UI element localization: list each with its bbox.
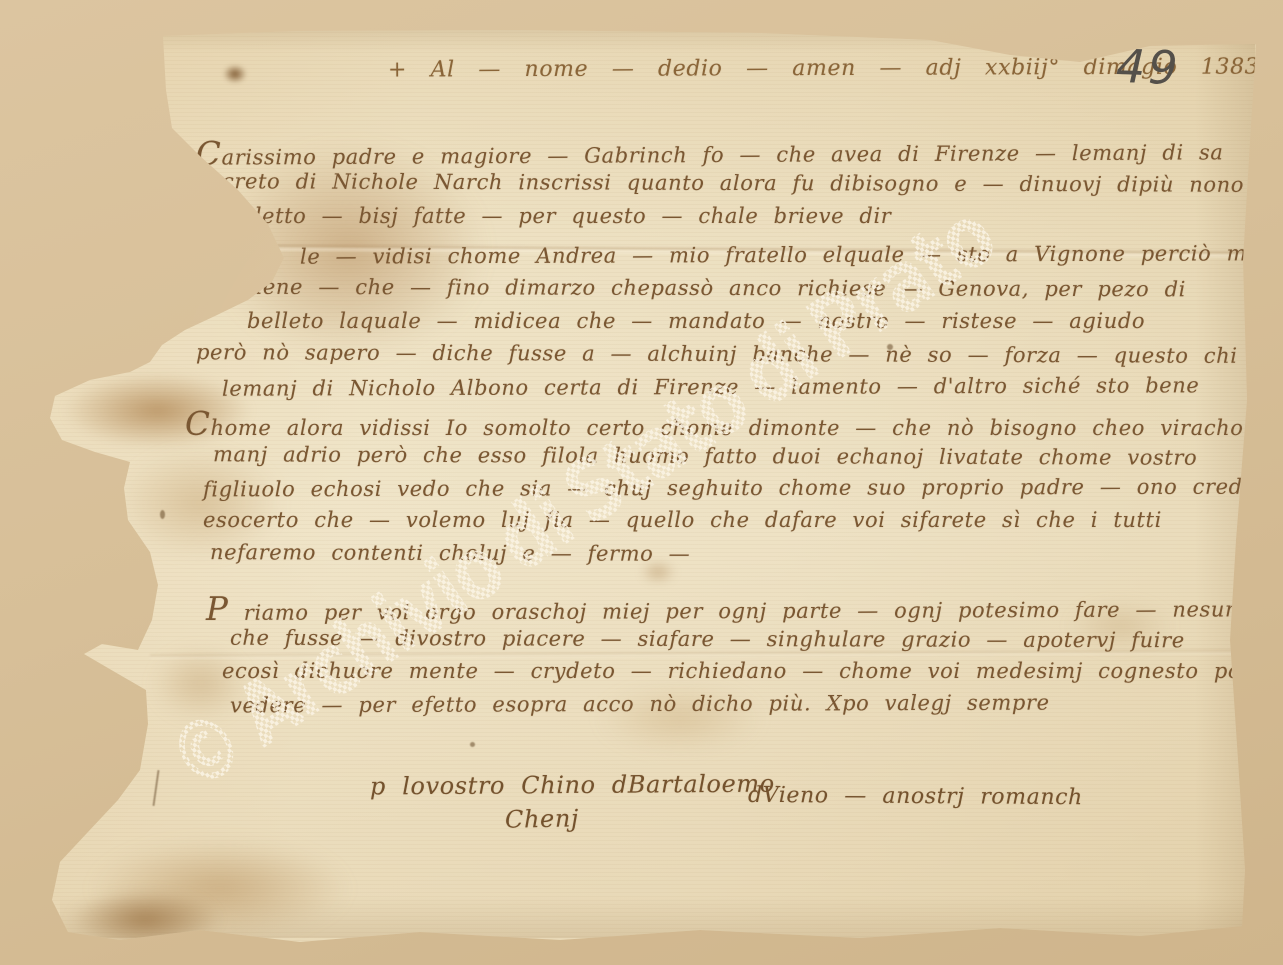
paper-crack	[153, 770, 160, 806]
manuscript-line: lemanj di Nicholo Albono certa di Firenz…	[222, 372, 1200, 401]
ink-speck	[470, 742, 475, 747]
manuscript-line: detto — bisj fatte — per questo — chale …	[248, 203, 891, 229]
manuscript-line: ecosì dichuore mente — crydeto — richied…	[222, 658, 1283, 684]
manuscript-line: aviene — che — fino dimarzo chepassò anc…	[230, 274, 1186, 303]
stain-center-low	[575, 676, 785, 761]
stain-small-top	[220, 62, 250, 86]
manuscript-line: però nò sapero — diche fusse a — alchuin…	[196, 339, 1238, 369]
paper-edge-shade-top	[150, 28, 1260, 52]
manuscript-line: Chome alora vidissi Io somolto certo cho…	[185, 411, 1244, 441]
manuscript-line: figliuolo echosi vedo che sia — chuj seg…	[203, 474, 1256, 503]
manuscript-line: P riamo per voi orgo oraschoj miej per o…	[206, 592, 1283, 626]
manuscript-paper: + Al — nome — dedio — amen — adj xxbiij°…	[0, 0, 1283, 965]
manuscript-line: belleto laquale — midicea che — mandato …	[247, 308, 1145, 334]
manuscript-line: vedere — per efetto esopra acco nò dicho…	[230, 690, 1050, 719]
stain-bottom-left-dark	[50, 882, 240, 957]
signature-line-3: Chenj	[505, 805, 579, 832]
signature-line-2: dVieno — anostrj romanch	[748, 783, 1083, 811]
manuscript-line: nefaremo contenti choluj e — fermo —	[210, 539, 690, 567]
manuscript-line: Carissimo padre e magiore — Gabrinch fo …	[196, 135, 1224, 170]
manuscript-line: esocerto che — volemo luj fia — quello c…	[203, 507, 1162, 533]
manuscript-line: le — vidisi chome Andrea — mio fratello …	[300, 240, 1255, 269]
folio-number: 49	[1115, 39, 1181, 95]
ink-speck	[160, 510, 165, 519]
signature-line-1: p lovostro Chino dBartaloemo	[370, 771, 775, 800]
manuscript-line: che fusse — divostro piacere — siafare —…	[230, 625, 1185, 653]
manuscript-line: creto di Nichole Narch inscrissi quanto …	[222, 168, 1244, 198]
manuscript-line: manj adrio però che esso filola huomo fa…	[213, 441, 1197, 470]
manuscript-scan: + Al — nome — dedio — amen — adj xxbiij°…	[0, 0, 1283, 965]
